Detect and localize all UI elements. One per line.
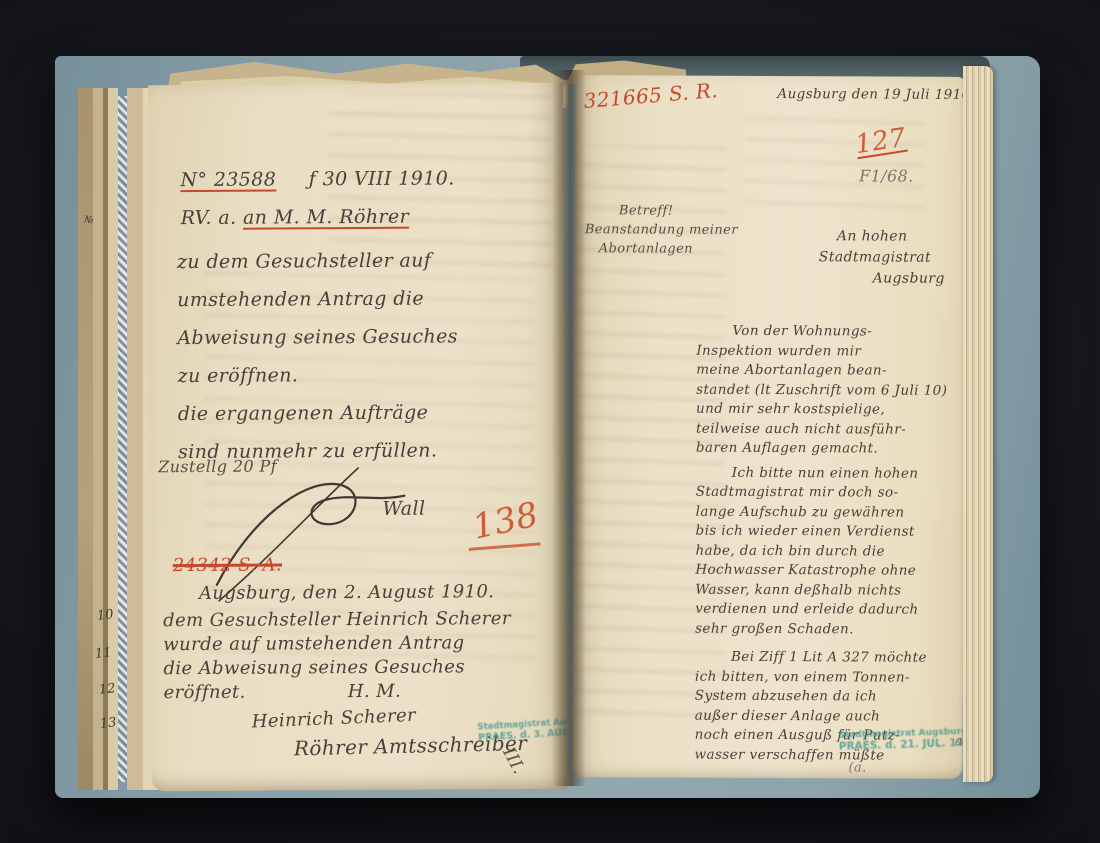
crossed-reference: 24342 S. A. [173,554,282,576]
subject-label: Betreff! [585,201,738,221]
left-page: N° 23588 ƒ 30 VIII 1910. RV. a. an M. M.… [148,83,567,792]
subject-line: Abortanlagen [585,239,738,259]
edge-annotation: № [84,216,94,227]
page-edge-strip [78,88,93,790]
edge-tab-number: 13 [99,715,117,732]
closing-text: dem Gesuchsteller Heinrich Schererwurde … [163,607,511,681]
subject-line: Beanstandung meiner [585,220,738,240]
address-line: Augsburg [819,268,945,290]
closing-last-line: eröffnet. H. M. [163,680,401,705]
letter-paragraph: Ich bitte nun einen hohenStadtmagistrat … [695,463,964,640]
official-signature: Wall [382,498,425,520]
binding-tape [118,96,127,782]
edge-tab-number: 11 [94,645,112,662]
rv-prefix: RV. a. [181,207,243,229]
address-line: Stadtmagistrat [819,247,945,269]
pencil-mark: (a. [848,760,866,775]
received-stamp: Stadtmagistrat Augsburg PRAES. d. 21. JU… [838,726,965,752]
address-block: An hohen Stadtmagistrat Augsburg [819,226,945,290]
letter-date-line: Augsburg den 19 Juli 1910 [777,86,965,103]
page-edge-stack-right [963,66,993,782]
petitioner-signature: Heinrich Scherer [251,705,416,733]
photo-backdrop: № 10 11 12 13 N° 23588 ƒ 30 VIII 1910. R… [0,0,1100,843]
red-folio-number: 138 [469,494,542,547]
subject-block: Betreff! Beanstandung meiner Abortanlage… [585,201,738,259]
red-reference-number: 321665 S. R. [583,78,719,113]
file-number: F1/68. [859,166,914,185]
letter-paragraph: Von der Wohnungs-Inspektion wurden mirme… [696,322,965,460]
rv-line: RV. a. an M. M. Röhrer [181,206,410,229]
address-line: An hohen [819,226,945,248]
red-folio-number: 127 [853,123,908,160]
register-number: N° 23588 [180,168,276,191]
closing-initials: H. M. [348,681,401,702]
register-number-line: N° 23588 ƒ 30 VIII 1910. [180,167,454,191]
right-page: 321665 S. R. Augsburg den 19 Juli 1910 1… [572,75,965,779]
page-edge-strip [127,88,143,790]
page-gutter-shadow [552,70,586,786]
closing-word: eröffnet. [163,682,245,704]
letter-body: Von der Wohnungs-Inspektion wurden mirme… [695,322,965,771]
addressee-name: an M. M. Röhrer [243,206,409,229]
disposition-text: zu dem Gesuchsteller aufumstehenden Antr… [177,241,459,471]
disposition-date: ƒ 30 VIII 1910. [309,167,455,190]
edge-tab-number: 10 [96,607,114,624]
date-line: Augsburg, den 2. August 1910. [199,581,495,604]
edge-tab-number: 12 [98,681,116,698]
